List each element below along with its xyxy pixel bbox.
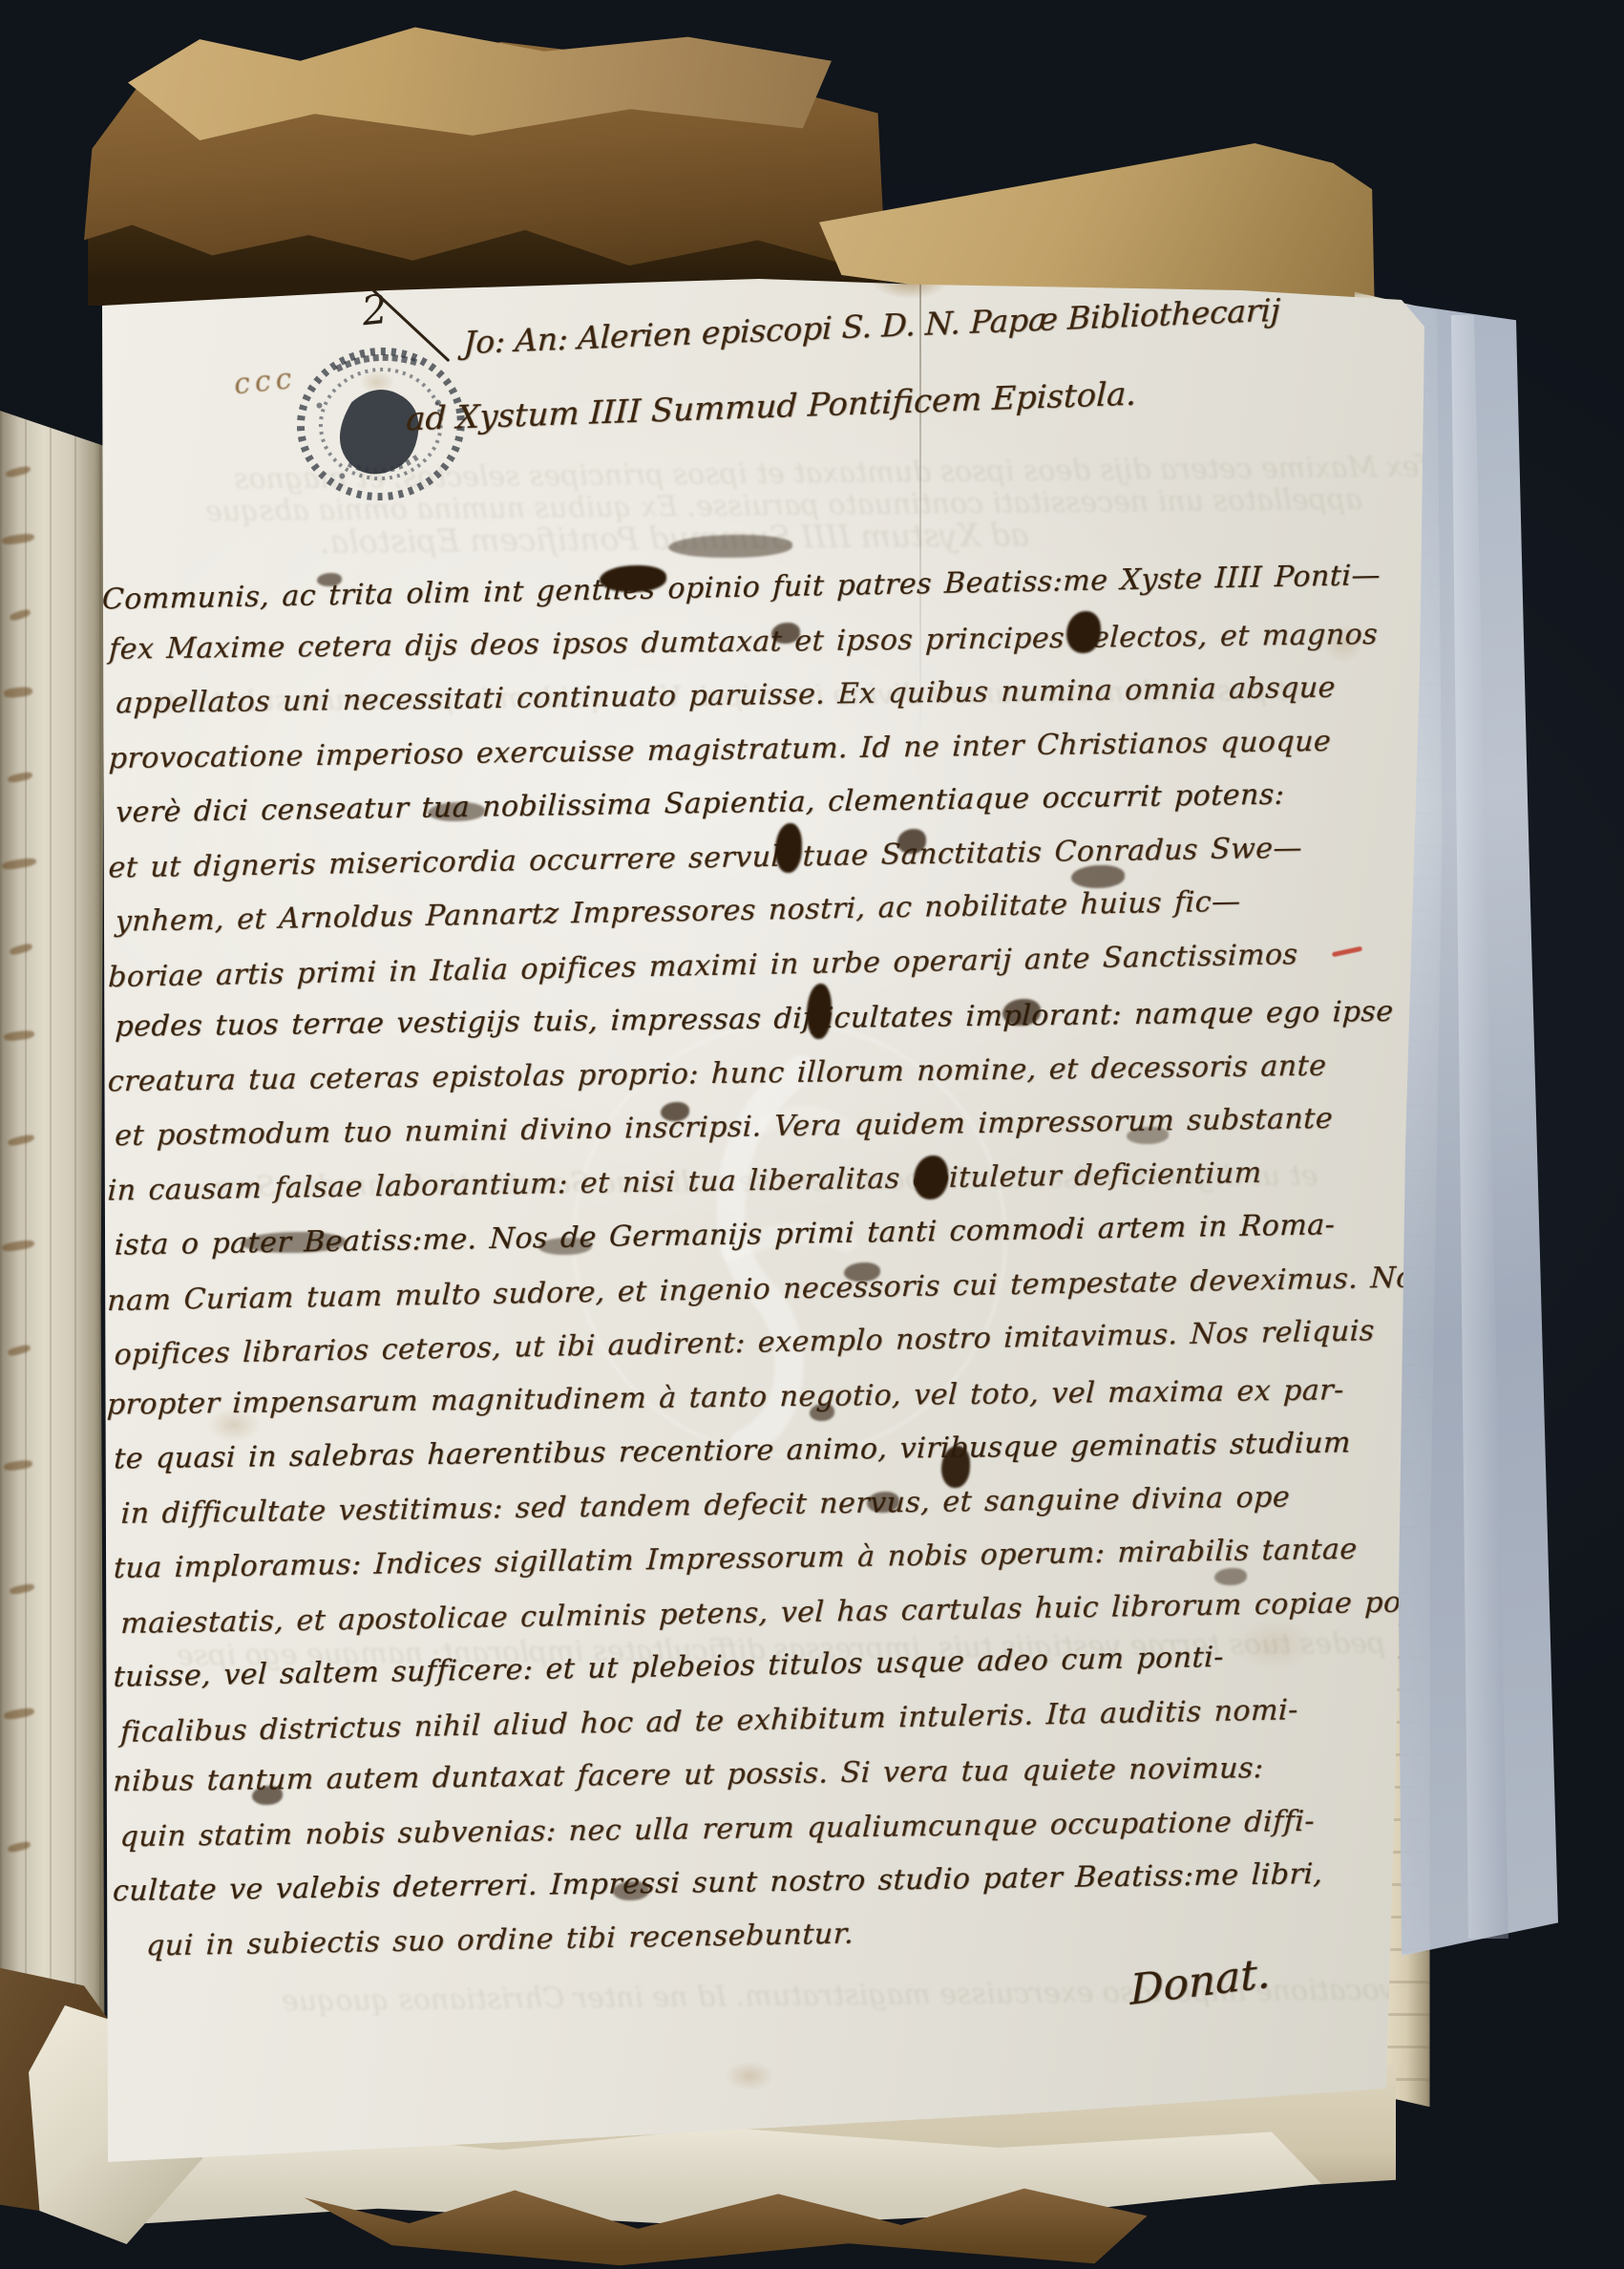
- body-line: ficalibus districtus nihil aliud hoc ad …: [119, 1693, 1298, 1749]
- body-line: in difficultate vestitimus: sed tandem d…: [120, 1480, 1291, 1531]
- ink-blot: [252, 1786, 283, 1805]
- body-line: tuisse, vel saltem sufficere: et ut pleb…: [113, 1641, 1224, 1694]
- ink-blot: [1002, 999, 1041, 1026]
- ink-blot: [914, 1156, 948, 1199]
- body-line: opifices librarios ceteros, ut ibi audir…: [114, 1314, 1375, 1371]
- heading-line-1: Jo: An: Alerien episcopi S. D. N. Papæ B…: [463, 291, 1281, 361]
- body-line: cultate ve valebis deterreri. Impressi s…: [112, 1857, 1323, 1908]
- ink-blot: [941, 1446, 970, 1488]
- body-line: nibus tantum autem duntaxat facere ut po…: [113, 1751, 1265, 1798]
- ink-blot: [668, 535, 792, 558]
- archival-photo: { "photo_subject": "handwritten manuscri…: [0, 0, 1624, 2269]
- body-line: tua imploramus: Indices sigillatim Impre…: [113, 1533, 1358, 1585]
- ink-blot: [600, 565, 666, 592]
- heading-line-2: ad Xystum IIII Summud Pontificem Epistol…: [406, 375, 1137, 439]
- ink-blot: [897, 829, 926, 854]
- manuscript-page: fex Maxime cetera dijs deos ipsos dumtax…: [91, 269, 1432, 2172]
- ink-blot: [867, 1492, 899, 1513]
- body-line: pedes tuos terrae vestigijs tuis, impres…: [115, 995, 1395, 1044]
- body-line: ynhem, et Arnoldus Pannartz Impressores …: [115, 885, 1241, 939]
- body-line: provocatione imperioso exercuisse magist…: [108, 724, 1332, 774]
- ink-blot: [241, 1232, 346, 1253]
- red-pencil-mark: [1332, 946, 1362, 958]
- ink-blot: [771, 623, 800, 644]
- ink-blot: [613, 1881, 649, 1900]
- body-line: te quasi in salebras haerentibus recenti…: [114, 1426, 1352, 1475]
- ink-blot: [661, 1102, 689, 1121]
- body-line: quin statim nobis subvenias: nec ulla re…: [119, 1804, 1316, 1853]
- ink-blot: [1066, 611, 1101, 653]
- ink-blot: [317, 573, 342, 586]
- ink-blot: [538, 1238, 592, 1255]
- ink-blot: [428, 802, 485, 821]
- body-line: verè dici censeatur tua nobilissima Sapi…: [115, 778, 1285, 830]
- body-line: Communis, ac trita olim int gentiles opi…: [101, 559, 1381, 617]
- margin-mark: ccc: [232, 362, 298, 402]
- body-line: fex Maxime cetera dijs deos ipsos dumtax…: [108, 617, 1378, 666]
- ink-blot: [1127, 1127, 1169, 1144]
- ink-blot: [807, 984, 832, 1039]
- body-line: maiestatis, et apostolicae culminis pete…: [120, 1585, 1412, 1641]
- book-left-page-edges: [0, 411, 105, 2187]
- ink-blot: [810, 1404, 834, 1421]
- body-line: in causam falsae laborantium: et nisi tu…: [107, 1156, 1262, 1207]
- body-line: nam Curiam tuam multo sudore, et ingenio…: [107, 1261, 1424, 1318]
- ink-blot: [775, 823, 802, 873]
- ink-blot: [1071, 865, 1125, 888]
- body-line: boriae artis primi in Italia opifices ma…: [108, 938, 1298, 994]
- bleedthrough-line: ad Xystum IIII Summud Pontificem Epistol…: [320, 516, 1029, 561]
- ink-blot: [844, 1262, 880, 1282]
- body-line: propter impensarum magnitudinem à tanto …: [106, 1373, 1344, 1421]
- body-line: appellatos uni necessitati continuato pa…: [116, 671, 1337, 721]
- body-text: Communis, ac trita olim int gentiles opi…: [109, 567, 1320, 1960]
- body-line: creatura tua ceteras epistolas proprio: …: [107, 1049, 1327, 1098]
- ink-blot: [1214, 1568, 1247, 1585]
